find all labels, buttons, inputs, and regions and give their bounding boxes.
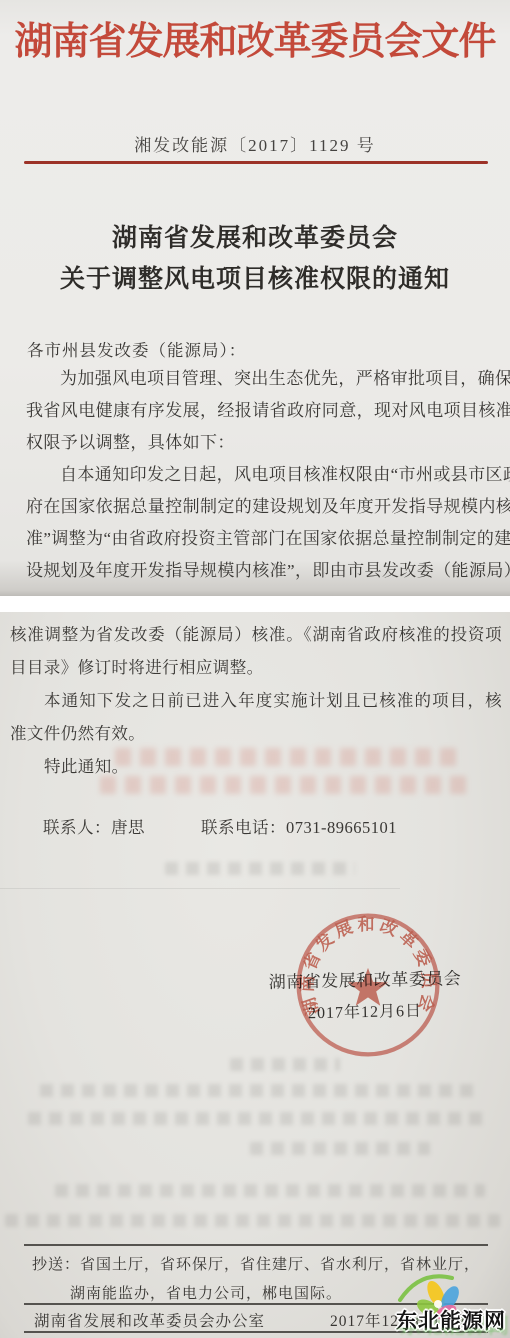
ink-bleed-ghost xyxy=(55,1184,485,1197)
watermark-text-reflection: 东北能源网 xyxy=(396,1328,506,1338)
ink-bleed-ghost xyxy=(115,748,460,766)
official-red-seal: 湖南省发展和改革委员会 xyxy=(292,909,444,1061)
paper-crease xyxy=(0,888,400,889)
ink-bleed-ghost xyxy=(28,1112,488,1125)
ink-bleed-ghost xyxy=(100,776,470,794)
seal-curved-text: 湖南省发展和改革委员会 xyxy=(296,915,438,1018)
photo-seam-gap xyxy=(0,596,510,612)
ink-bleed-ghost xyxy=(40,1084,480,1097)
contact-person-name: 唐思 xyxy=(111,818,145,837)
body-line: 权限予以调整，具体如下： xyxy=(26,427,486,459)
contact-person-label: 联系人： xyxy=(43,818,111,837)
cc-line-2: 湖南能监办，省电力公司，郴电国际。 xyxy=(70,1282,342,1303)
document-title-line2: 关于调整风电项目核准权限的通知 xyxy=(0,259,510,300)
scanned-official-document: 湖南省发展和改革委员会文件 湘发改能源〔2017〕1129 号 湖南省发展和改革… xyxy=(0,0,510,1338)
body-text-page-1: 为加强风电项目管理、突出生态优先，严格审批项目，确保 我省风电健康有序发展，经报… xyxy=(26,363,486,587)
document-page-2: 核准调整为省发改委（能源局）核准。《湖南省政府核准的投资项 目目录》修订时将进行… xyxy=(0,612,510,1338)
red-letterhead-title: 湖南省发展和改革委员会文件 xyxy=(0,14,510,70)
ink-bleed-ghost xyxy=(5,1214,500,1227)
body-line: 核准调整为省发改委（能源局）核准。《湖南省政府核准的投资项 xyxy=(10,618,502,651)
body-line: 我省风电健康有序发展，经报请省政府同意，现对风电项目核准 xyxy=(26,395,486,427)
issuing-office: 湖南省发展和改革委员会办公室 xyxy=(34,1309,265,1331)
document-number: 湘发改能源〔2017〕1129 号 xyxy=(0,131,510,156)
ink-bleed-ghost xyxy=(165,862,355,875)
site-watermark: 东北能源网 东北能源网 东北能源网 xyxy=(380,1252,510,1338)
body-line: 为加强风电项目管理、突出生态优先，严格审批项目，确保 xyxy=(26,363,486,395)
contact-phone-label: 联系电话： xyxy=(201,818,286,837)
document-title: 湖南省发展和改革委员会 关于调整风电项目核准权限的通知 xyxy=(0,218,510,300)
document-page-1: 湖南省发展和改革委员会文件 湘发改能源〔2017〕1129 号 湖南省发展和改革… xyxy=(0,0,510,596)
seal-star-icon xyxy=(348,968,388,1006)
body-line: 府在国家依据总量控制制定的建设规划及年度开发指导规模内核 xyxy=(26,491,486,523)
document-title-line1: 湖南省发展和改革委员会 xyxy=(0,218,510,259)
body-line: 设规划及年度开发指导规模内核准”，即由市县发改委（能源局） xyxy=(26,555,486,587)
body-line: 自本通知印发之日起，风电项目核准权限由“市州或县市区政 xyxy=(26,459,486,491)
contact-phone-number: 0731-89665101 xyxy=(286,818,397,837)
red-divider-rule xyxy=(24,161,488,164)
ink-bleed-ghost xyxy=(250,1142,430,1155)
body-line: 准”调整为“由省政府投资主管部门在国家依据总量控制制定的建 xyxy=(26,523,486,555)
body-line: 目目录》修订时将进行相应调整。 xyxy=(10,651,502,684)
body-line: 本通知下发之日前已进入年度实施计划且已核准的项目，核 xyxy=(10,684,502,717)
footer-rule-top xyxy=(24,1244,488,1246)
salutation: 各市州县发改委（能源局）： xyxy=(27,337,246,361)
contact-line: 联系人：唐思联系电话：0731-89665101 xyxy=(43,814,397,838)
body-line: 准文件仍然有效。 xyxy=(10,717,502,750)
cc-label: 抄送： xyxy=(32,1257,80,1273)
